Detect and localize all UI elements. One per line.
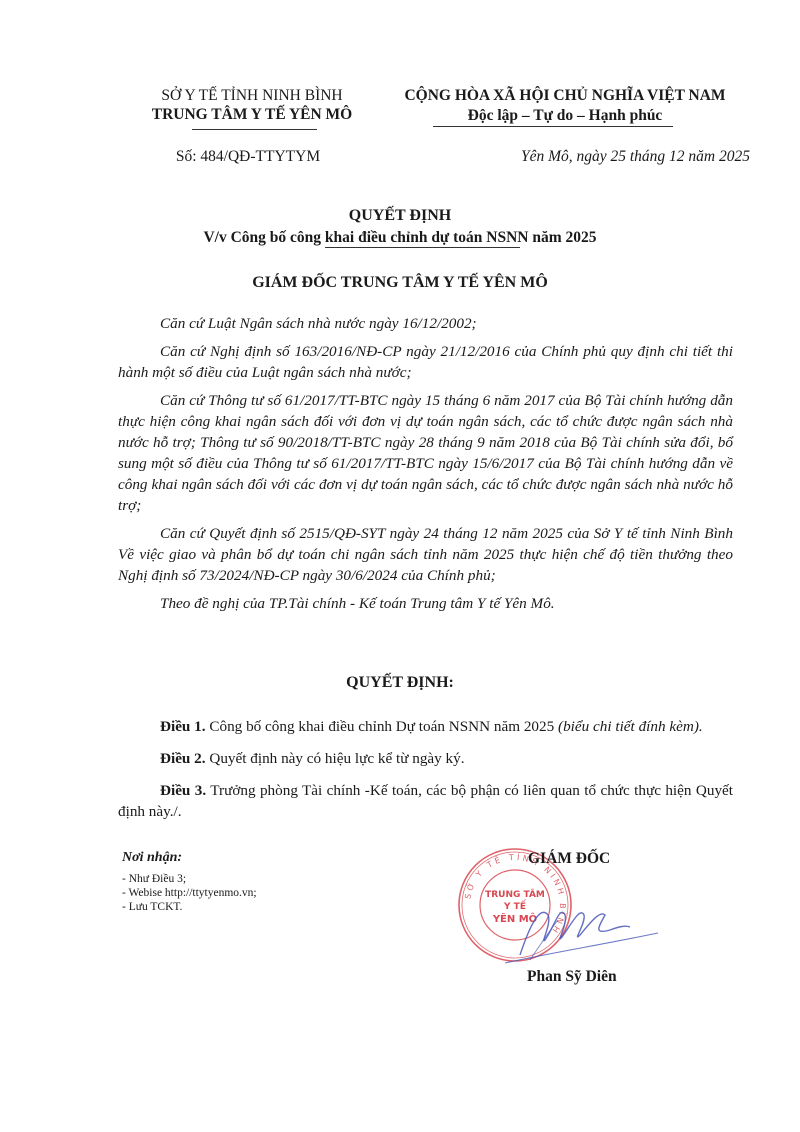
preamble-clause: Căn cứ Luật Ngân sách nhà nước ngày 16/1… <box>118 313 733 334</box>
document-subject: V/v Công bố công khai điều chỉnh dự toán… <box>0 229 800 247</box>
national-motto: CỘNG HÒA XÃ HỘI CHỦ NGHĨA VIỆT NAM Độc l… <box>380 86 750 126</box>
decision-heading: QUYẾT ĐỊNH: <box>0 674 800 692</box>
issuing-agency: SỞ Y TẾ TỈNH NINH BÌNH TRUNG TÂM Y TẾ YÊ… <box>118 86 386 124</box>
preamble: Căn cứ Luật Ngân sách nhà nước ngày 16/1… <box>118 313 733 621</box>
subject-underline <box>325 247 520 248</box>
article-text: Trưởng phòng Tài chính -Kế toán, các bộ … <box>118 782 733 820</box>
article-label: Điều 2. <box>160 750 206 767</box>
article-note: (biểu chi tiết đính kèm). <box>558 718 703 735</box>
preamble-clause: Căn cứ Nghị định số 163/2016/NĐ-CP ngày … <box>118 341 733 383</box>
document-number: Số: 484/QĐ-TTYTYM <box>128 148 368 166</box>
nation-name: CỘNG HÒA XÃ HỘI CHỦ NGHĨA VIỆT NAM <box>380 86 750 106</box>
place-date: Yên Mô, ngày 25 tháng 12 năm 2025 <box>420 148 750 166</box>
parent-agency: SỞ Y TẾ TỈNH NINH BÌNH <box>118 86 386 105</box>
document-title: QUYẾT ĐỊNH <box>0 207 800 225</box>
signer-name: Phan Sỹ Diên <box>527 968 617 986</box>
articles: Điều 1. Công bố công khai điều chỉnh Dự … <box>118 716 733 833</box>
motto-divider <box>433 126 673 127</box>
motto: Độc lập – Tự do – Hạnh phúc <box>380 106 750 126</box>
article-label: Điều 3. <box>160 782 206 799</box>
article-1: Điều 1. Công bố công khai điều chỉnh Dự … <box>118 716 733 737</box>
article-3: Điều 3. Trưởng phòng Tài chính -Kế toán,… <box>118 780 733 822</box>
recipients: Nơi nhận: - Như Điều 3; - Webise http://… <box>122 850 362 914</box>
issuing-authority: GIÁM ĐỐC TRUNG TÂM Y TẾ YÊN MÔ <box>0 274 800 292</box>
signature-icon <box>500 885 660 965</box>
article-text: Quyết định này có hiệu lực kể từ ngày ký… <box>206 750 465 767</box>
article-text: Công bố công khai điều chỉnh Dự toán NSN… <box>206 718 558 735</box>
signer-title: GIÁM ĐỐC <box>528 850 610 868</box>
article-label: Điều 1. <box>160 718 206 735</box>
preamble-clause: Căn cứ Thông tư số 61/2017/TT-BTC ngày 1… <box>118 390 733 516</box>
agency-divider <box>192 129 317 130</box>
preamble-clause: Theo đề nghị của TP.Tài chính - Kế toán … <box>118 593 733 614</box>
article-2: Điều 2. Quyết định này có hiệu lực kể từ… <box>118 748 733 769</box>
preamble-clause: Căn cứ Quyết định số 2515/QĐ-SYT ngày 24… <box>118 523 733 586</box>
recipient-item: - Lưu TCKT. <box>122 900 362 914</box>
recipient-item: - Như Điều 3; <box>122 872 362 886</box>
recipients-heading: Nơi nhận: <box>122 850 362 866</box>
recipient-item: - Webise http://ttytyenmo.vn; <box>122 886 362 900</box>
agency-name: TRUNG TÂM Y TẾ YÊN MÔ <box>118 105 386 124</box>
